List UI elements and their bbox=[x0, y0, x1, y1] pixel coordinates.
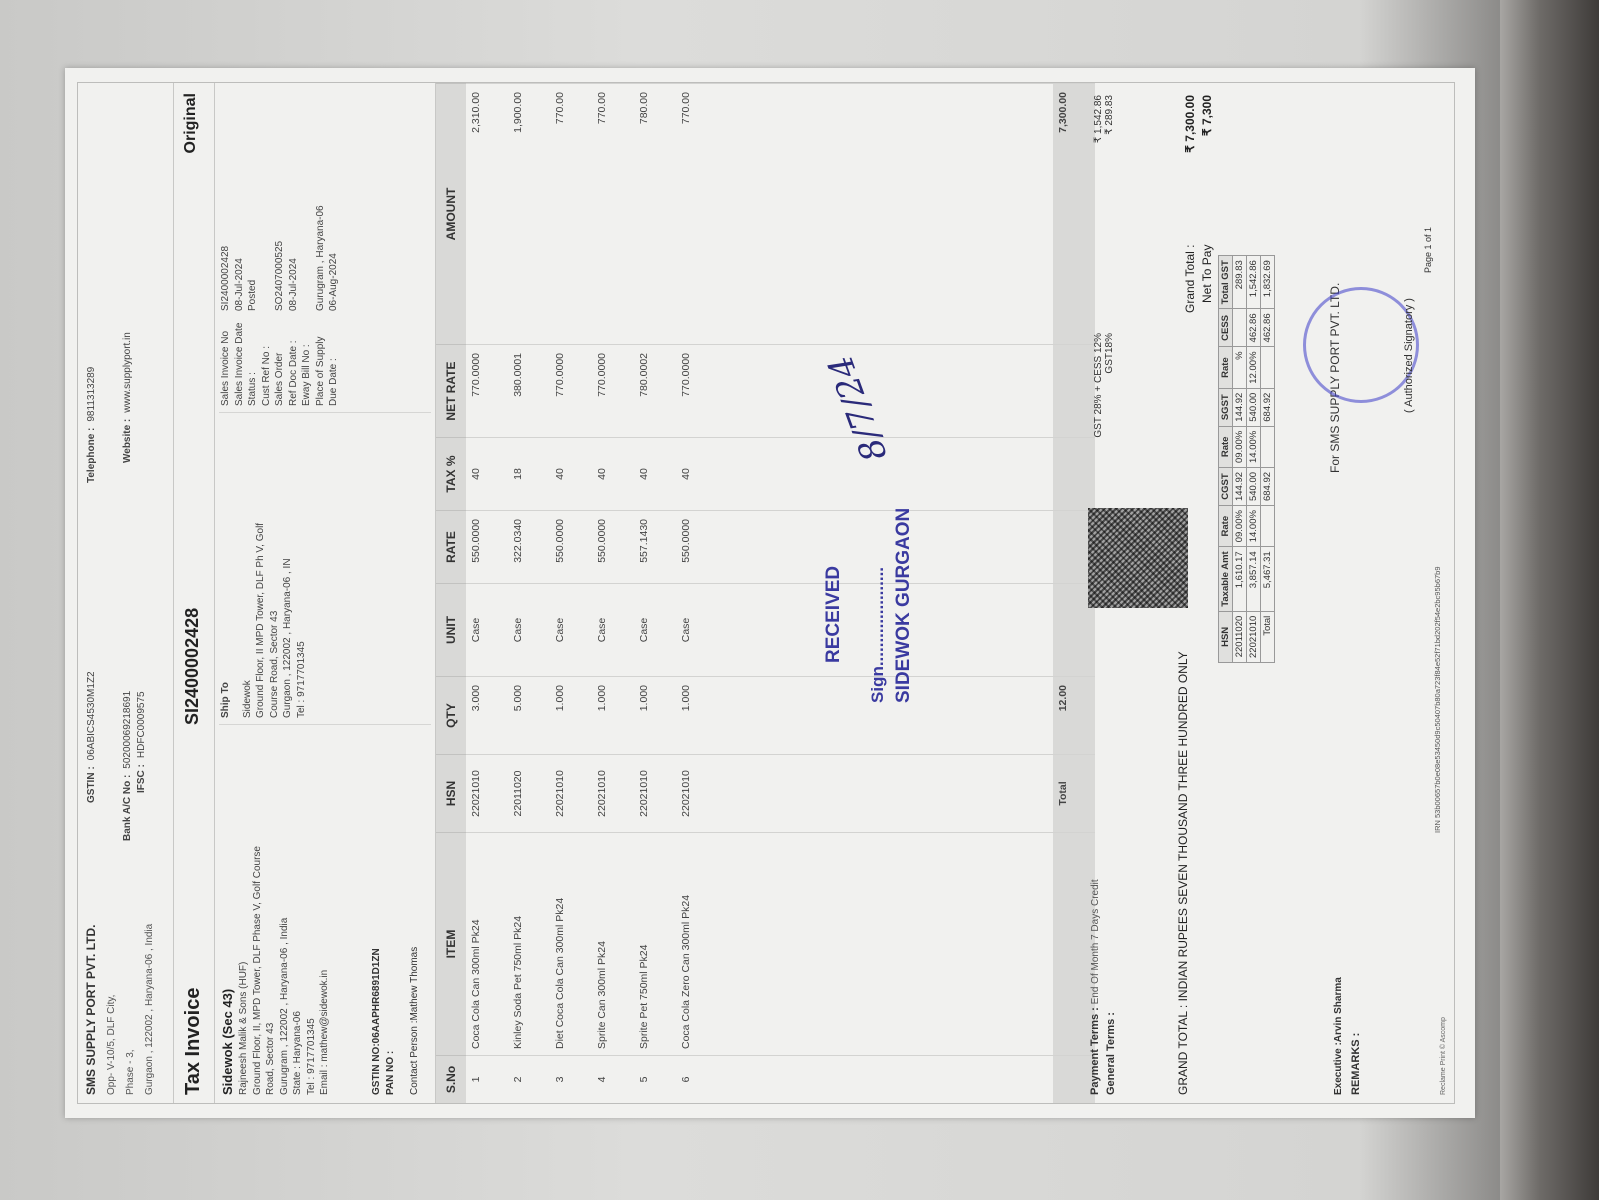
table-row: 3Diet Coca Cola Can 300ml Pk24220210101.… bbox=[550, 84, 592, 1104]
remarks-label: REMARKS : bbox=[1350, 1033, 1362, 1095]
page-number: Page 1 of 1 bbox=[1423, 227, 1433, 273]
items-col-header: S.No bbox=[436, 1056, 466, 1104]
items-col-header: QTY bbox=[436, 677, 466, 755]
invoice-meta-row: Due Date :06-Aug-2024 bbox=[327, 96, 341, 406]
hsn-row: Total5,467.31684.92684.92462.861,832.69 bbox=[1261, 256, 1275, 663]
hsn-summary-table: HSNTaxable AmtRateCGSTRateSGSTRateCESSTo… bbox=[1218, 255, 1275, 663]
invoice-meta-row: Eway Bill No : bbox=[300, 96, 314, 406]
irn: IRN 53b00657b0e08e53450d9c50407b80a723f8… bbox=[1433, 566, 1442, 833]
items-col-header: NET RATE bbox=[436, 345, 466, 438]
table-row: 5Sprite Pet 750ml Pk24220210101.000Case5… bbox=[634, 84, 676, 1104]
invoice-meta-row: Sales Invoice Date08-Jul-2024 bbox=[233, 96, 247, 406]
printed-by: Reclame Print © Ascomp bbox=[1440, 1017, 1447, 1095]
company-bank: Bank A/C No :50200069218691 bbox=[122, 691, 133, 841]
company-seal bbox=[1303, 287, 1419, 403]
bill-to-tax-ids: GSTIN NO:06AAPHR6891D1ZN PAN NO : Contac… bbox=[370, 947, 422, 1095]
copy-label: Original bbox=[182, 93, 200, 153]
qr-code bbox=[1088, 508, 1188, 608]
table-row: 6Coca Cola Zero Can 300ml Pk24220210101.… bbox=[676, 84, 718, 1104]
items-col-header: TAX % bbox=[436, 438, 466, 511]
invoice-meta-row: Status :Posted bbox=[246, 96, 260, 406]
company-name: SMS SUPPLY PORT PVT. LTD. bbox=[84, 925, 98, 1095]
invoice-meta: Sales Invoice NoSI2400002428Sales Invoic… bbox=[219, 96, 431, 413]
items-col-header: ITEM bbox=[436, 833, 466, 1056]
authorized-signatory: ( Authorized Signatory ) bbox=[1403, 298, 1415, 413]
stamp-sign-line: Sign..................... bbox=[868, 567, 888, 703]
invoice-number-heading: SI2400002428 bbox=[182, 608, 203, 725]
table-row: 1Coca Cola Can 300ml Pk24220210103.000Ca… bbox=[466, 84, 508, 1104]
items-col-header: HSN bbox=[436, 755, 466, 833]
company-ifsc: IFSC :HDFC0009575 bbox=[136, 691, 147, 793]
desk-shadow bbox=[1500, 0, 1599, 1200]
company-website: Website :www.supplyport.in bbox=[122, 332, 133, 463]
title-row: Tax Invoice SI2400002428 Original bbox=[174, 83, 214, 1103]
stamp-place: SIDEWOK GURGAON bbox=[893, 508, 915, 703]
ship-to: Ship To Sidewok Ground Floor, II MPD Tow… bbox=[219, 418, 431, 725]
company-gstin: GSTIN :06ABICS4530M1Z2 bbox=[86, 671, 97, 803]
invoice-paper: SMS SUPPLY PORT PVT. LTD. Opp- V-10/5, D… bbox=[65, 68, 1475, 1118]
items-table: S.NoITEMHSNQTYUNITRATETAX %NET RATEAMOUN… bbox=[436, 83, 1095, 1103]
invoice-photo: SMS SUPPLY PORT PVT. LTD. Opp- V-10/5, D… bbox=[65, 68, 1475, 1118]
invoice-meta-row: Cust Ref No : bbox=[260, 96, 274, 406]
hsn-row: 220210103,857.1414.00%540.0014.00%540.00… bbox=[1247, 256, 1261, 663]
bill-to: Sidewok (Sec 43) Rajneesh Malik & Sons (… bbox=[219, 735, 332, 1095]
doc-title: Tax Invoice bbox=[182, 988, 205, 1095]
items-col-header: RATE bbox=[436, 511, 466, 584]
table-row: 4Sprite Can 300ml Pk24220210101.000Case5… bbox=[592, 84, 634, 1104]
grand-total: ₹ 7,300.00 bbox=[1183, 95, 1197, 153]
executive: Executive :Arvin Sharma bbox=[1333, 977, 1344, 1095]
hsn-row: 220110201,610.1709.00%144.9209.00%144.92… bbox=[1233, 256, 1247, 663]
table-row: 2Kinley Soda Pet 750ml Pk24220110205.000… bbox=[508, 84, 550, 1104]
invoice-meta-row: Sales OrderSO2407000525 bbox=[273, 96, 287, 406]
party-section: Sidewok (Sec 43) Rajneesh Malik & Sons (… bbox=[214, 83, 436, 1103]
company-telephone: Telephone :9811313289 bbox=[86, 367, 97, 483]
items-col-header: UNIT bbox=[436, 584, 466, 677]
terms-section: Payment Terms : End Of Month 7 Days Cred… bbox=[1083, 83, 1163, 1103]
net-to-pay: ₹ 7,300 bbox=[1200, 95, 1214, 136]
invoice-meta-row: Place of SupplyGurugram , Haryana-06 bbox=[314, 96, 328, 406]
received-stamp: RECEIVED bbox=[823, 566, 845, 663]
invoice-meta-row: Ref Doc Date :08-Jul-2024 bbox=[287, 96, 301, 406]
company-header: SMS SUPPLY PORT PVT. LTD. Opp- V-10/5, D… bbox=[78, 83, 174, 1103]
items-col-header: AMOUNT bbox=[436, 84, 466, 345]
company-address: Opp- V-10/5, DLF City, Phase - 3, Gurgao… bbox=[102, 924, 159, 1095]
invoice-meta-row: Sales Invoice NoSI2400002428 bbox=[219, 96, 233, 406]
grand-total-words: GRAND TOTAL : INDIAN RUPEES SEVEN THOUSA… bbox=[1176, 651, 1190, 1095]
